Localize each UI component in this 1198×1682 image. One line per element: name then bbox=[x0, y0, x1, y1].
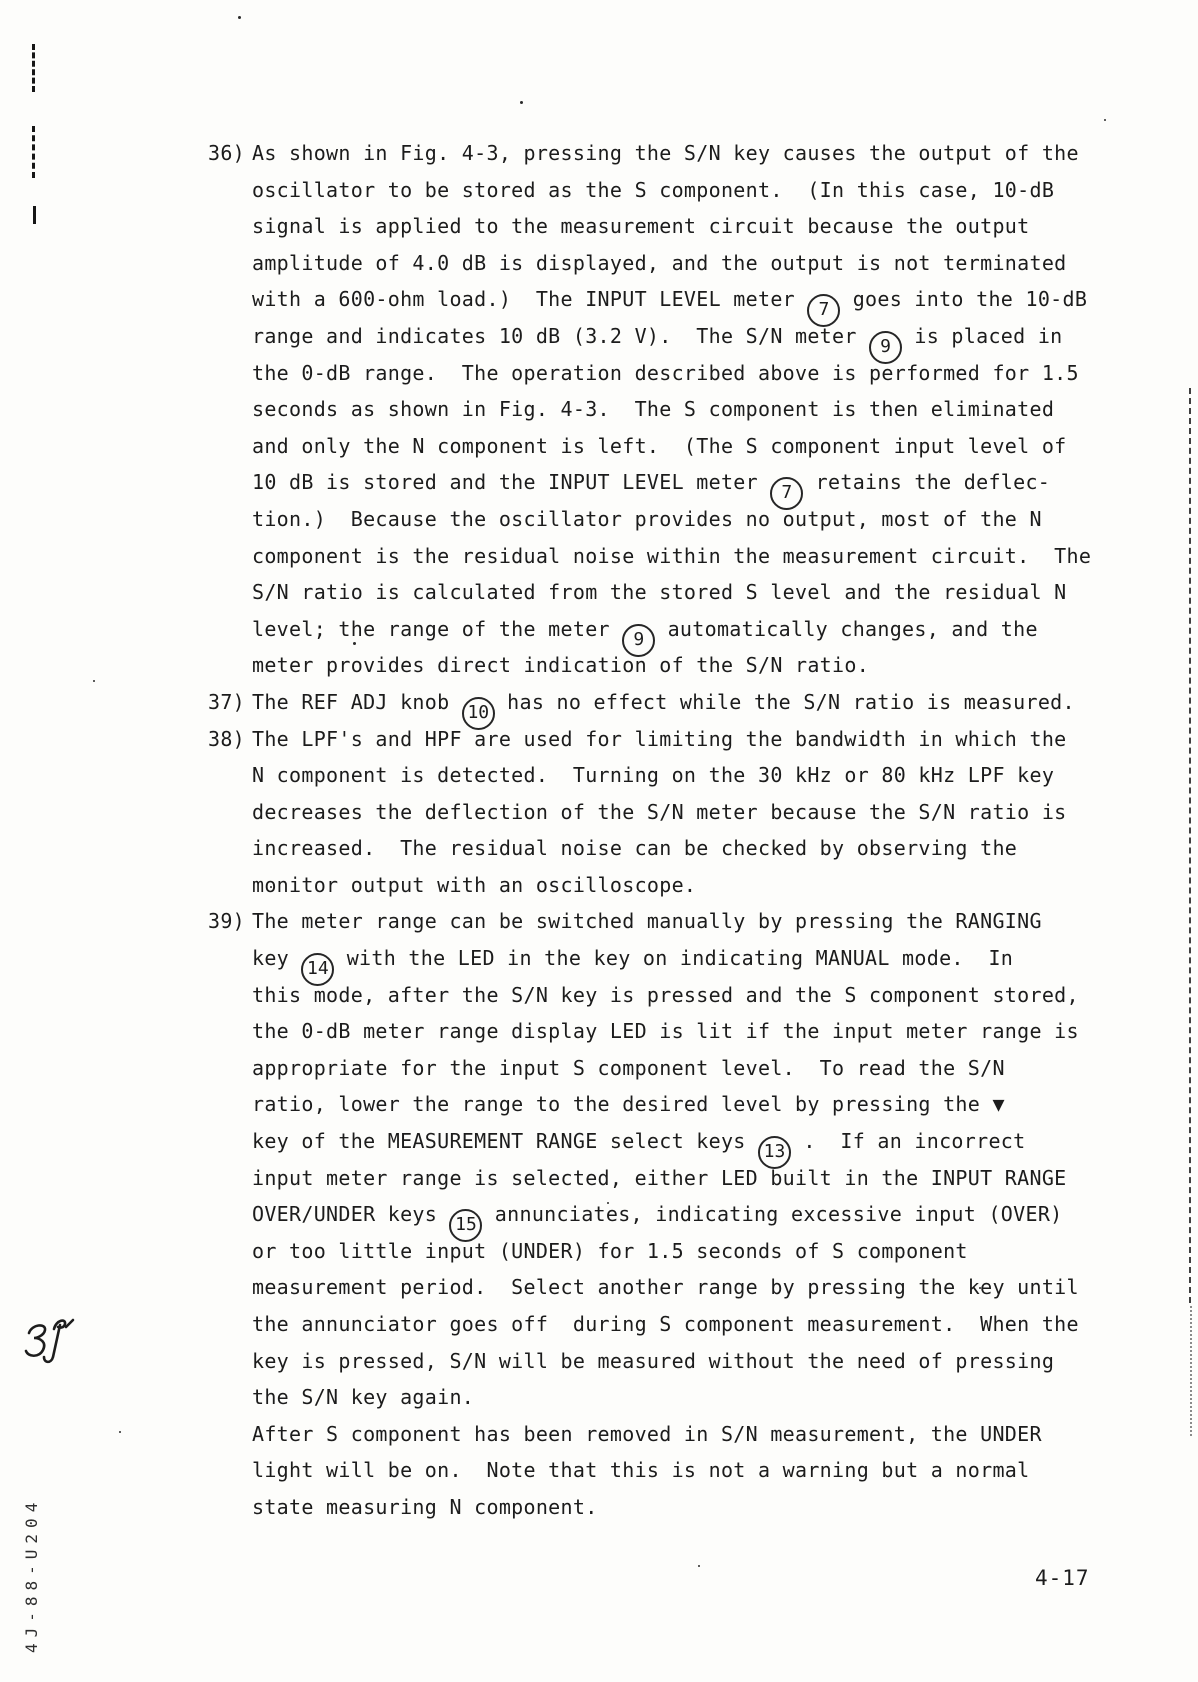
text-line: range and indicates 10 dB (3.2 V). The S… bbox=[252, 318, 1091, 355]
text-line: tion.) Because the oscillator provides n… bbox=[252, 501, 1091, 538]
paragraph-number: 37) bbox=[208, 684, 252, 721]
paragraph: After S component has been removed in S/… bbox=[208, 1416, 1091, 1526]
speck bbox=[845, 1291, 847, 1293]
text-line: the 0-dB meter range display LED is lit … bbox=[252, 1013, 1079, 1050]
text-line: amplitude of 4.0 dB is displayed, and th… bbox=[252, 245, 1091, 282]
text-line: state measuring N component. bbox=[252, 1489, 1042, 1526]
paragraph: 36)As shown in Fig. 4-3, pressing the S/… bbox=[208, 135, 1091, 684]
text-line: level; the range of the meter 9 automati… bbox=[252, 611, 1091, 648]
margin-code: 4J-88-U204 bbox=[22, 1448, 41, 1653]
text-line: seconds as shown in Fig. 4-3. The S comp… bbox=[252, 391, 1091, 428]
paragraph-number bbox=[208, 1416, 252, 1526]
text-line: measurement period. Select another range… bbox=[252, 1269, 1079, 1306]
margin-tick bbox=[32, 126, 35, 178]
text-line: meter provides direct indication of the … bbox=[252, 647, 1091, 684]
text-line: As shown in Fig. 4-3, pressing the S/N k… bbox=[252, 135, 1091, 172]
text-line: increased. The residual noise can be che… bbox=[252, 830, 1067, 867]
handwritten-mark bbox=[18, 1316, 78, 1368]
paragraph: 39)The meter range can be switched manua… bbox=[208, 903, 1091, 1415]
text-line: monitor output with an oscilloscope. bbox=[252, 867, 1067, 904]
text-line: oscillator to be stored as the S compone… bbox=[252, 172, 1091, 209]
paragraph-body: The meter range can be switched manually… bbox=[252, 903, 1079, 1415]
text-line: component is the residual noise within t… bbox=[252, 538, 1091, 575]
speck bbox=[698, 1565, 700, 1567]
paragraph: 38)The LPF's and HPF are used for limiti… bbox=[208, 721, 1091, 904]
scan-line-artifact bbox=[1190, 1306, 1192, 1436]
speck bbox=[238, 16, 241, 19]
speck bbox=[877, 259, 879, 261]
paragraph-body: As shown in Fig. 4-3, pressing the S/N k… bbox=[252, 135, 1091, 684]
text-line: this mode, after the S/N key is pressed … bbox=[252, 977, 1079, 1014]
scan-line-artifact bbox=[1189, 388, 1191, 1303]
margin-tick bbox=[33, 206, 36, 224]
text-line: OVER/UNDER keys 15 annunciates, indicati… bbox=[252, 1196, 1079, 1233]
paragraph-body: The REF ADJ knob 10 has no effect while … bbox=[252, 684, 1075, 721]
text-line: decreases the deflection of the S/N mete… bbox=[252, 794, 1067, 831]
text-line: with a 600-ohm load.) The INPUT LEVEL me… bbox=[252, 281, 1091, 318]
page-number: 4-17 bbox=[1035, 1566, 1090, 1590]
text-line: the annunciator goes off during S compon… bbox=[252, 1306, 1079, 1343]
margin-tick bbox=[32, 44, 35, 92]
text-line: The LPF's and HPF are used for limiting … bbox=[252, 721, 1067, 758]
speck bbox=[353, 642, 356, 645]
text-line: the 0-dB range. The operation described … bbox=[252, 355, 1091, 392]
speck bbox=[93, 680, 95, 682]
speck bbox=[270, 886, 272, 888]
text-line: appropriate for the input S component le… bbox=[252, 1050, 1079, 1087]
text-line: N component is detected. Turning on the … bbox=[252, 757, 1067, 794]
text-line: The REF ADJ knob 10 has no effect while … bbox=[252, 684, 1075, 721]
text-line: The meter range can be switched manually… bbox=[252, 903, 1079, 940]
speck bbox=[607, 1202, 609, 1204]
speck bbox=[979, 1287, 981, 1289]
text-line: or too little input (UNDER) for 1.5 seco… bbox=[252, 1233, 1079, 1270]
text-line: key is pressed, S/N will be measured wit… bbox=[252, 1343, 1079, 1380]
paragraph: 37)The REF ADJ knob 10 has no effect whi… bbox=[208, 684, 1091, 721]
text-line: input meter range is selected, either LE… bbox=[252, 1160, 1079, 1197]
paragraph-body: After S component has been removed in S/… bbox=[252, 1416, 1042, 1526]
scanned-manual-page: 36)As shown in Fig. 4-3, pressing the S/… bbox=[0, 0, 1198, 1682]
paragraph-list: 36)As shown in Fig. 4-3, pressing the S/… bbox=[208, 135, 1091, 1526]
speck bbox=[1104, 119, 1106, 121]
text-line: After S component has been removed in S/… bbox=[252, 1416, 1042, 1453]
text-line: the S/N key again. bbox=[252, 1379, 1079, 1416]
text-line: key of the MEASUREMENT RANGE select keys… bbox=[252, 1123, 1079, 1160]
paragraph-number: 36) bbox=[208, 135, 252, 684]
text-line: ratio, lower the range to the desired le… bbox=[252, 1086, 1079, 1123]
text-line: 10 dB is stored and the INPUT LEVEL mete… bbox=[252, 464, 1091, 501]
speck bbox=[119, 1431, 121, 1433]
paragraph-body: The LPF's and HPF are used for limiting … bbox=[252, 721, 1067, 904]
text-line: and only the N component is left. (The S… bbox=[252, 428, 1091, 465]
speck bbox=[520, 101, 523, 104]
text-line: key 14 with the LED in the key on indica… bbox=[252, 940, 1079, 977]
text-line: light will be on. Note that this is not … bbox=[252, 1452, 1042, 1489]
text-line: signal is applied to the measurement cir… bbox=[252, 208, 1091, 245]
paragraph-number: 39) bbox=[208, 903, 252, 1415]
text-line: S/N ratio is calculated from the stored … bbox=[252, 574, 1091, 611]
paragraph-number: 38) bbox=[208, 721, 252, 904]
